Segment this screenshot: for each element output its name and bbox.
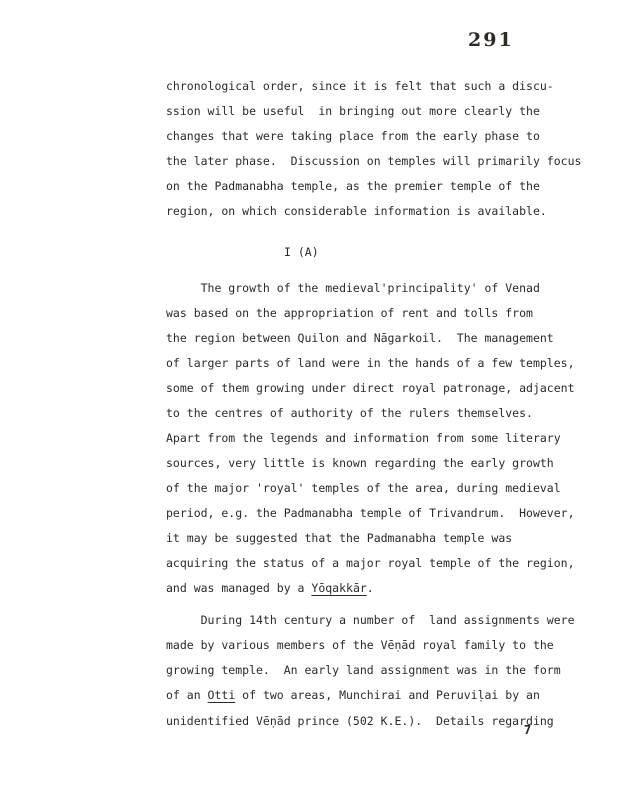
text-segment: Apart from the legends and information f… (166, 431, 561, 445)
text-segment: chronological order, since it is felt th… (166, 79, 554, 93)
paragraph-venad-growth: The growth of the medieval'principality'… (166, 276, 616, 601)
text-line: region, on which considerable informatio… (166, 199, 616, 224)
text-line: the later phase. Discussion on temples w… (166, 149, 616, 174)
text-segment: . (367, 581, 374, 595)
text-segment: on the Padmanabha temple, as the premier… (166, 179, 540, 193)
text-line: During 14th century a number of land ass… (166, 608, 616, 633)
text-segment: period, e.g. the Padmanabha temple of Tr… (166, 506, 575, 520)
text-line: changes that were taking place from the … (166, 124, 616, 149)
text-line: ssion will be useful in bringing out mor… (166, 99, 616, 124)
text-line: of the major 'royal' temples of the area… (166, 476, 616, 501)
text-line: growing temple. An early land assignment… (166, 658, 616, 683)
paragraph-land-assignments: During 14th century a number of land ass… (166, 608, 616, 733)
text-segment: of larger parts of land were in the hand… (166, 356, 575, 370)
text-segment: was based on the appropriation of rent a… (166, 306, 533, 320)
document-page: 291 chronological order, since it is fel… (0, 0, 634, 800)
text-segment: sources, very little is known regarding … (166, 456, 554, 470)
text-segment: ssion will be useful in bringing out mor… (166, 104, 540, 118)
text-segment: of an (166, 688, 208, 702)
text-line: the region between Quilon and Nāgarkoil.… (166, 326, 616, 351)
text-segment: The growth of the medieval'principality'… (166, 281, 540, 295)
text-segment: the later phase. Discussion on temples w… (166, 154, 581, 168)
text-line: chronological order, since it is felt th… (166, 74, 616, 99)
text-line: to the centres of authority of the ruler… (166, 401, 616, 426)
document-body: chronological order, since it is felt th… (166, 74, 616, 733)
text-segment: changes that were taking place from the … (166, 129, 540, 143)
text-segment: it may be suggested that the Padmanabha … (166, 531, 512, 545)
text-line: of an Otti of two areas, Munchirai and P… (166, 683, 616, 708)
text-line: was based on the appropriation of rent a… (166, 301, 616, 326)
underlined-term: Yōqakkār (311, 581, 366, 595)
text-line: Apart from the legends and information f… (166, 426, 616, 451)
text-segment: acquiring the status of a major royal te… (166, 556, 575, 570)
text-line: made by various members of the Vēṇād roy… (166, 633, 616, 658)
text-segment: of two areas, Munchirai and Peruviḷai by… (235, 688, 540, 702)
section-heading: I (A) (166, 240, 616, 265)
text-line: on the Padmanabha temple, as the premier… (166, 174, 616, 199)
text-segment: growing temple. An early land assignment… (166, 663, 561, 677)
text-segment: of the major 'royal' temples of the area… (166, 481, 561, 495)
text-line: of larger parts of land were in the hand… (166, 351, 616, 376)
text-segment: made by various members of the Vēṇād roy… (166, 638, 554, 652)
text-segment: and was managed by a (166, 581, 311, 595)
text-line: sources, very little is known regarding … (166, 451, 616, 476)
text-line: it may be suggested that the Padmanabha … (166, 526, 616, 551)
text-line: unidentified Vēṇād prince (502 K.E.). De… (166, 708, 616, 733)
text-line: The growth of the medieval'principality'… (166, 276, 616, 301)
text-segment: the region between Quilon and Nāgarkoil.… (166, 331, 554, 345)
text-line: and was managed by a Yōqakkār. (166, 576, 616, 601)
text-segment: to the centres of authority of the ruler… (166, 406, 533, 420)
underlined-term: Otti (208, 688, 236, 702)
text-segment: During 14th century a number of land ass… (166, 613, 575, 627)
page-number: 291 (468, 29, 514, 51)
paragraph-intro: chronological order, since it is felt th… (166, 74, 616, 224)
text-line: some of them growing under direct royal … (166, 376, 616, 401)
text-segment: region, on which considerable informatio… (166, 204, 547, 218)
text-segment: some of them growing under direct royal … (166, 381, 575, 395)
text-line: acquiring the status of a major royal te… (166, 551, 616, 576)
text-segment: unidentified Vēṇād prince (502 K.E.). De… (166, 714, 554, 728)
text-line: period, e.g. the Padmanabha temple of Tr… (166, 501, 616, 526)
